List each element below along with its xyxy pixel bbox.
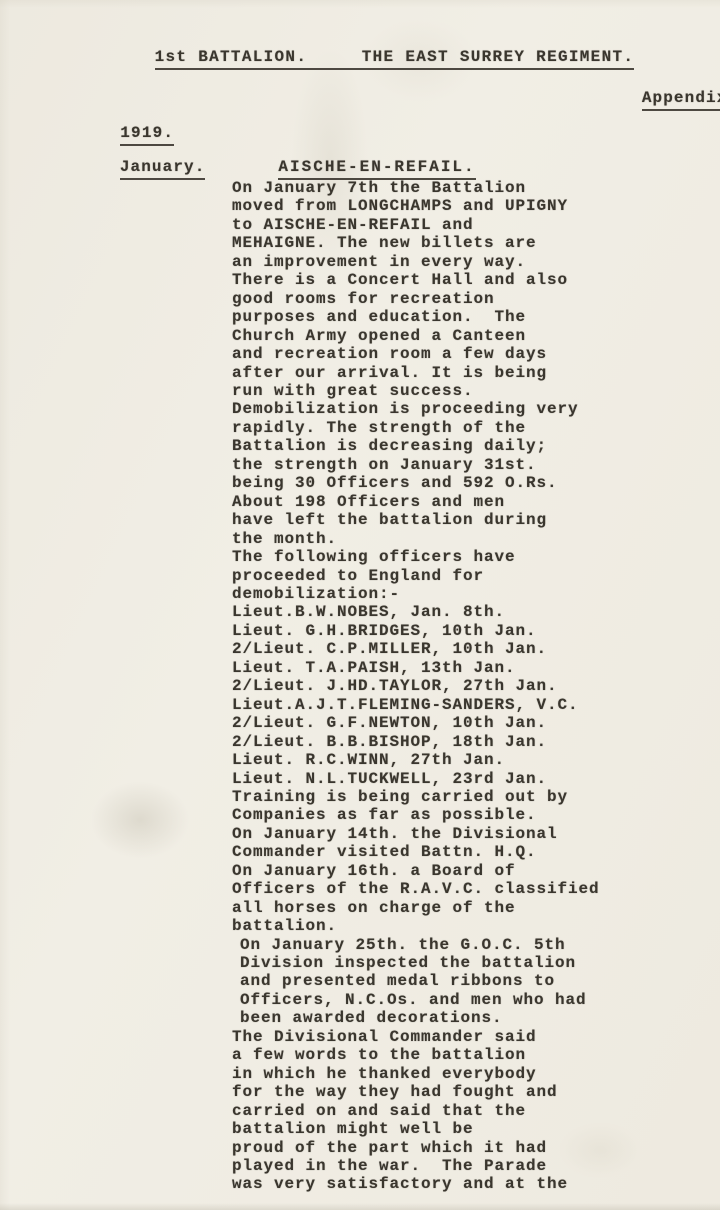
- typed-line: Training is being carried out by: [232, 788, 600, 806]
- typed-line: Church Army opened a Canteen: [232, 327, 600, 345]
- typed-line: Officers, N.C.Os. and men who had: [232, 991, 600, 1009]
- body-text: On January 7th the Battalionmoved from L…: [232, 179, 600, 1194]
- typed-line: About 198 Officers and men: [232, 493, 600, 511]
- place-heading: AISCHE-EN-REFAIL.: [278, 158, 475, 180]
- typed-line: and presented medal ribbons to: [232, 972, 600, 990]
- typed-line: battalion might well be: [232, 1120, 600, 1138]
- typed-line: after our arrival. It is being: [232, 364, 600, 382]
- typed-line: the strength on January 31st.: [232, 456, 600, 474]
- typed-line: purposes and education. The: [232, 308, 600, 326]
- typed-line: rapidly. The strength of the: [232, 419, 600, 437]
- typed-line: Battalion is decreasing daily;: [232, 437, 600, 455]
- typed-line: have left the battalion during: [232, 511, 600, 529]
- document-title: 1st BATTALION. THE EAST SURREY REGIMENT.: [111, 30, 634, 84]
- typed-line: Officers of the R.A.V.C. classified: [232, 880, 600, 898]
- typed-line: being 30 Officers and 592 O.Rs.: [232, 474, 600, 492]
- typed-line: 2/Lieut. C.P.MILLER, 10th Jan.: [232, 640, 600, 658]
- typed-line: Lieut. R.C.WINN, 27th Jan.: [232, 751, 600, 769]
- typed-line: Lieut.A.J.T.FLEMING-SANDERS, V.C.: [232, 696, 600, 714]
- typed-line: Companies as far as possible.: [232, 806, 600, 824]
- typed-line: for the way they had fought and: [232, 1083, 600, 1101]
- typed-line: moved from LONGCHAMPS and UPIGNY: [232, 197, 600, 215]
- typed-line: Lieut. G.H.BRIDGES, 10th Jan.: [232, 622, 600, 640]
- typed-line: The following officers have: [232, 548, 600, 566]
- battalion-regiment-title: 1st BATTALION. THE EAST SURREY REGIMENT.: [155, 48, 635, 70]
- typed-line: Lieut. N.L.TUCKWELL, 23rd Jan.: [232, 770, 600, 788]
- typed-line: MEHAIGNE. The new billets are: [232, 234, 600, 252]
- typed-line: all horses on charge of the: [232, 899, 600, 917]
- typed-line: There is a Concert Hall and also: [232, 271, 600, 289]
- appendix-label-wrap: Appendix.: [599, 71, 720, 125]
- typed-line: carried on and said that the: [232, 1102, 600, 1120]
- typed-line: On January 25th. the G.O.C. 5th: [232, 936, 600, 954]
- typed-line: On January 14th. the Divisional: [232, 825, 600, 843]
- typed-line: Demobilization is proceeding very: [232, 400, 600, 418]
- typed-line: the month.: [232, 530, 600, 548]
- typed-line: 2/Lieut. B.B.BISHOP, 18th Jan.: [232, 733, 600, 751]
- typed-line: and recreation room a few days: [232, 345, 600, 363]
- document-page: 1st BATTALION. THE EAST SURREY REGIMENT.…: [0, 0, 720, 1210]
- typed-line: On January 7th the Battalion: [232, 179, 600, 197]
- month-label-wrap: January.: [77, 140, 205, 194]
- typed-line: played in the war. The Parade: [232, 1157, 600, 1175]
- typed-line: demobilization:-: [232, 585, 600, 603]
- typed-line: Commander visited Battn. H.Q.: [232, 843, 600, 861]
- typed-line: been awarded decorations.: [232, 1009, 600, 1027]
- typed-line: to AISCHE-EN-REFAIL and: [232, 216, 600, 234]
- typed-line: 2/Lieut. J.HD.TAYLOR, 27th Jan.: [232, 677, 600, 695]
- typed-line: good rooms for recreation: [232, 290, 600, 308]
- typed-line: an improvement in every way.: [232, 253, 600, 271]
- typed-line: The Divisional Commander said: [232, 1028, 600, 1046]
- typed-line: run with great success.: [232, 382, 600, 400]
- typed-line: was very satisfactory and at the: [232, 1175, 600, 1193]
- typed-line: battalion.: [232, 917, 600, 935]
- typed-line: Lieut.B.W.NOBES, Jan. 8th.: [232, 603, 600, 621]
- typed-line: Lieut. T.A.PAISH, 13th Jan.: [232, 659, 600, 677]
- typed-line: On January 16th. a Board of: [232, 862, 600, 880]
- month-label: January.: [120, 158, 206, 180]
- appendix-label: Appendix.: [642, 89, 720, 111]
- typed-line: Division inspected the battalion: [232, 954, 600, 972]
- typed-line: 2/Lieut. G.F.NEWTON, 10th Jan.: [232, 714, 600, 732]
- typed-line: in which he thanked everybody: [232, 1065, 600, 1083]
- typed-line: a few words to the battalion: [232, 1046, 600, 1064]
- typed-line: proceeded to England for: [232, 567, 600, 585]
- typed-line: proud of the part which it had: [232, 1139, 600, 1157]
